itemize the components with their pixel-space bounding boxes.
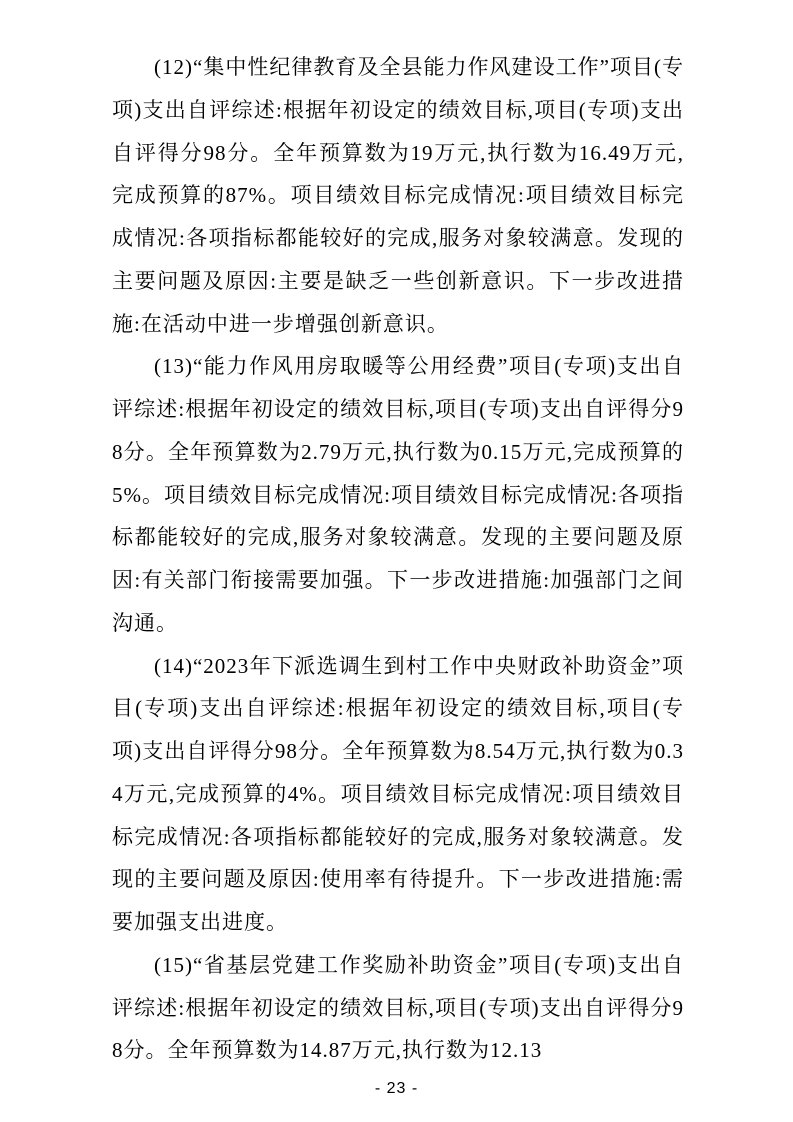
document-page: (12)“集中性纪律教育及全县能力作风建设工作”项目(专项)支出自评综述:根据年… xyxy=(0,0,793,1122)
paragraph-item-15: (15)“省基层党建工作奖励补助资金”项目(专项)支出自评综述:根据年初设定的绩… xyxy=(112,944,684,1072)
paragraph-item-12: (12)“集中性纪律教育及全县能力作风建设工作”项目(专项)支出自评综述:根据年… xyxy=(112,46,684,345)
paragraph-item-14: (14)“2023年下派选调生到村工作中央财政补助资金”项目(专项)支出自评综述… xyxy=(112,645,684,944)
paragraph-item-13: (13)“能力作风用房取暖等公用经费”项目(专项)支出自评综述:根据年初设定的绩… xyxy=(112,345,684,644)
page-number: - 23 - xyxy=(375,1080,418,1097)
page-footer: - 23 - xyxy=(0,1080,793,1098)
document-text-block: (12)“集中性纪律教育及全县能力作风建设工作”项目(专项)支出自评综述:根据年… xyxy=(112,46,684,1072)
